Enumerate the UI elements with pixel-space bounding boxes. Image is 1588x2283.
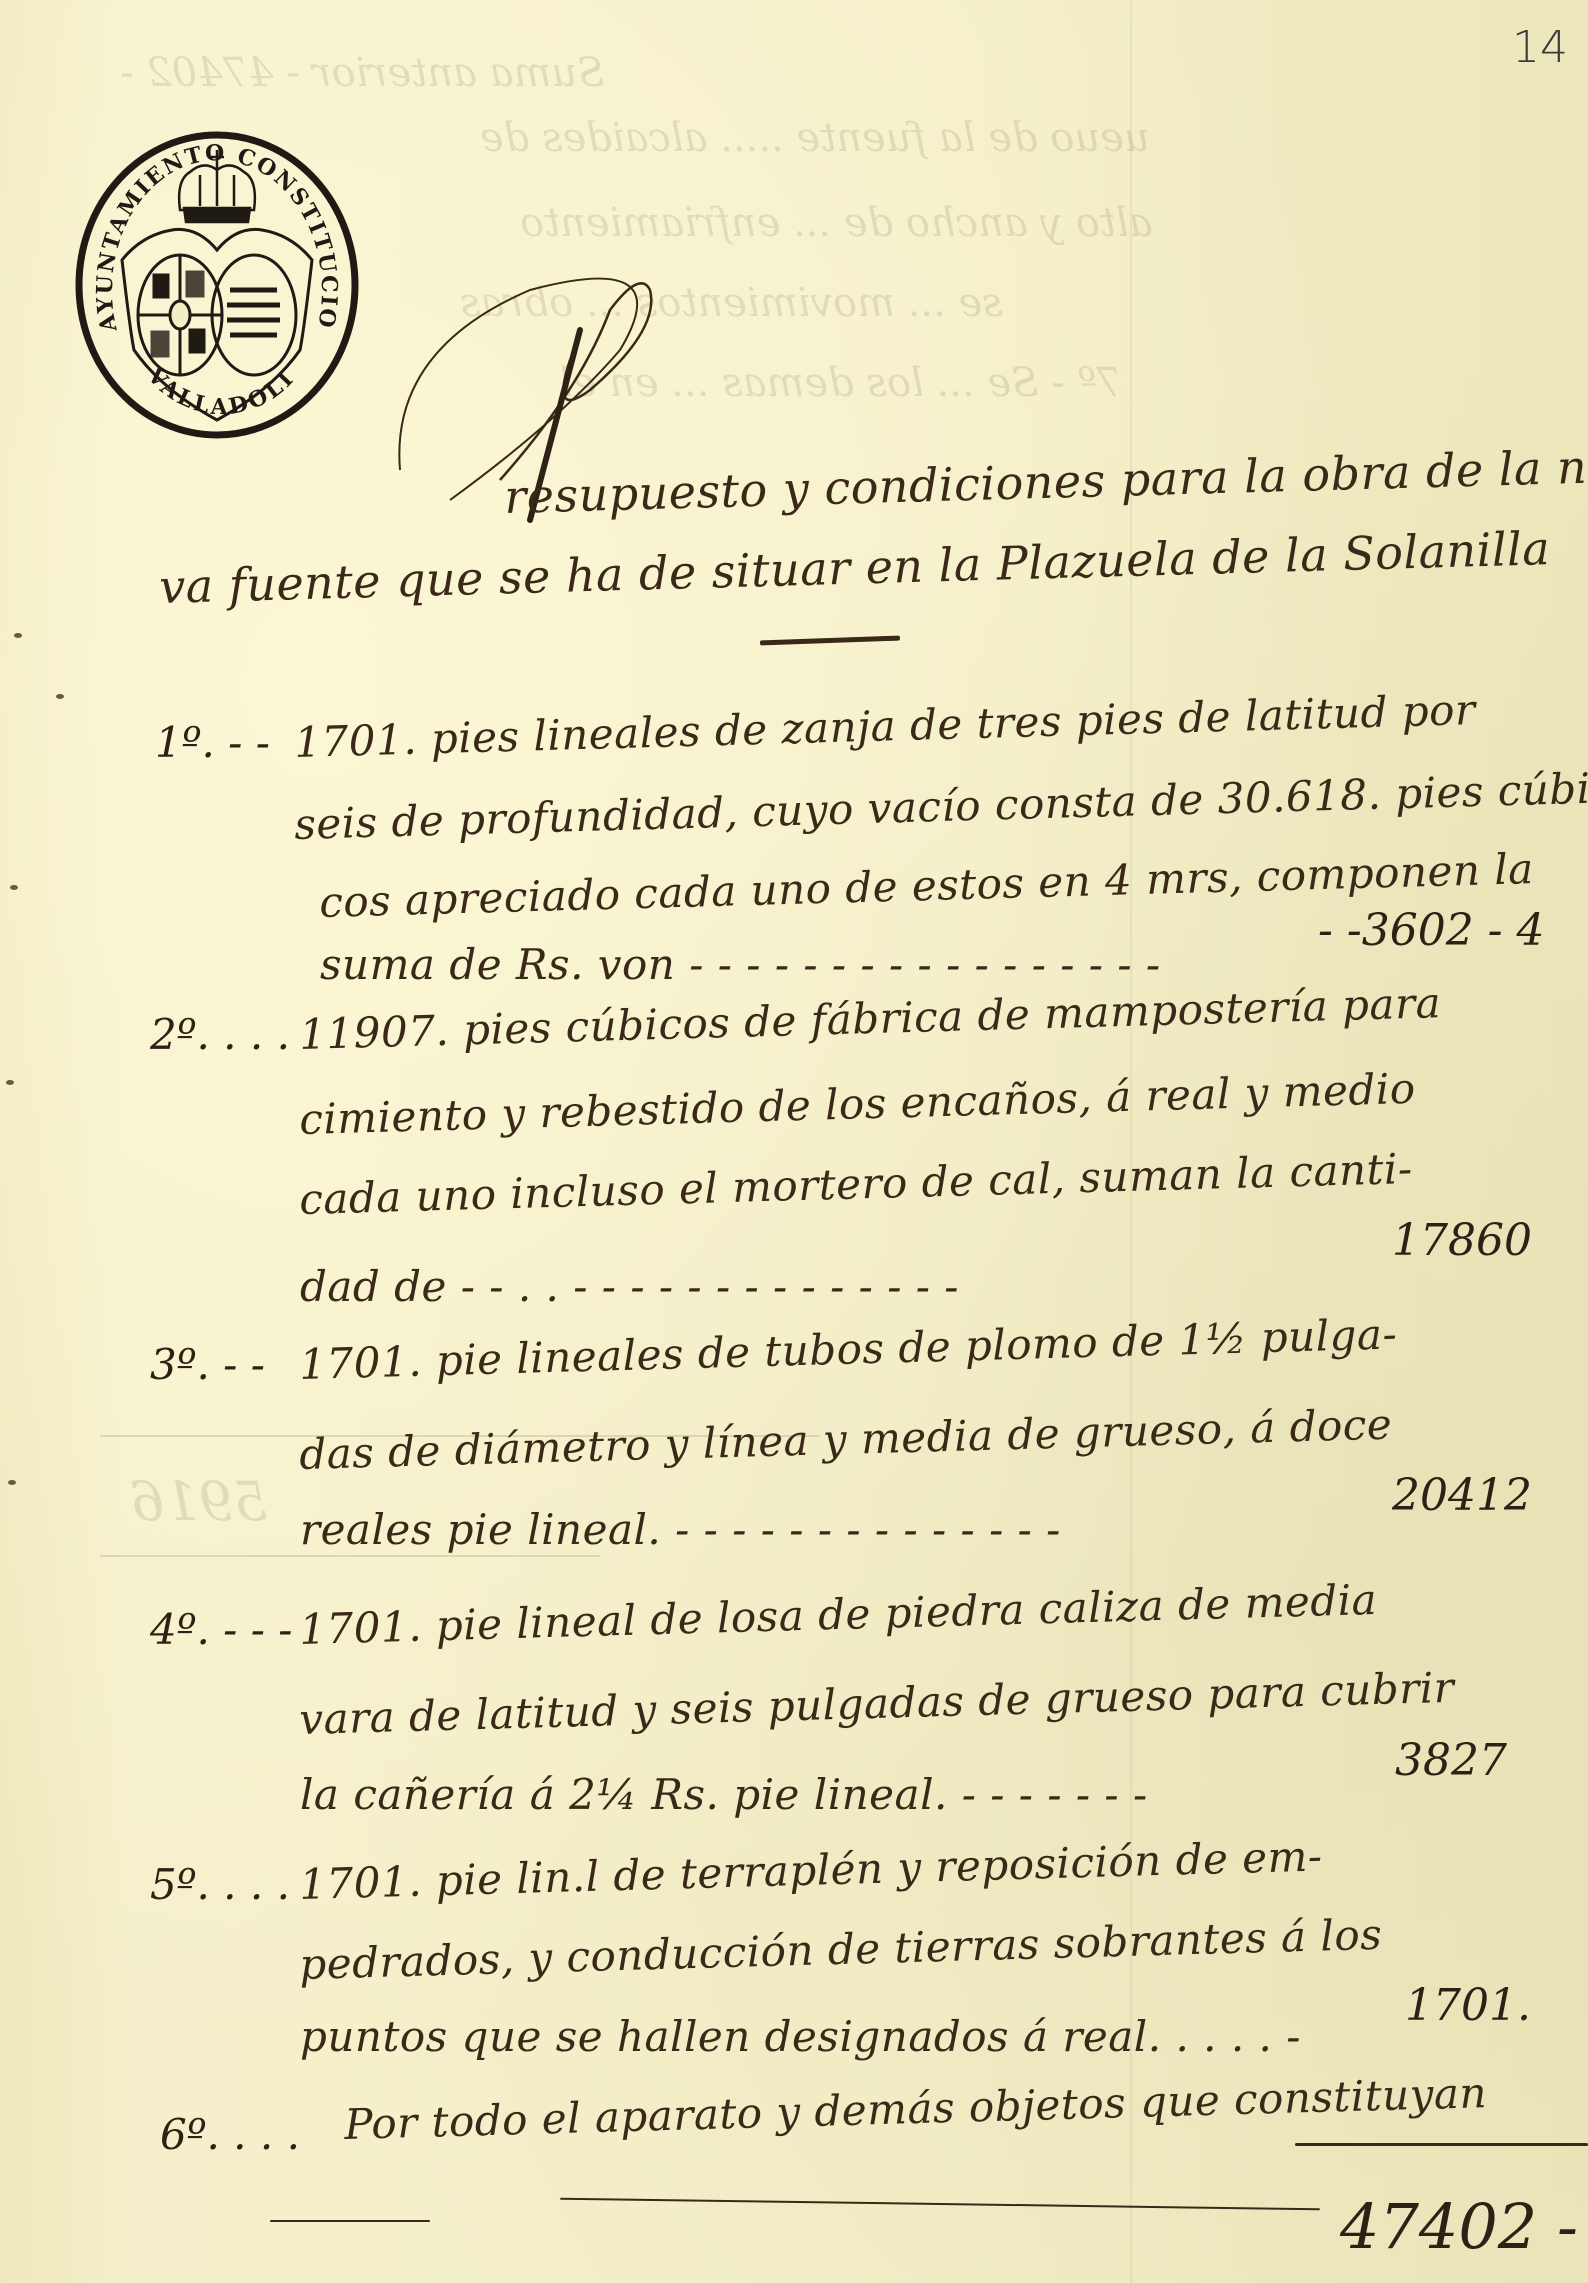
bleed-through-line: alto y ancho de ... enfriamiento: [520, 200, 1153, 246]
bleed-through-number: 5916: [130, 1470, 267, 1533]
item-2-line-4: dad de - - . . - - - - - - - - - - - - -…: [300, 1262, 959, 1311]
item-4-line-3: la cañería á 2¼ Rs. pie lineal. - - - - …: [300, 1770, 1148, 1819]
grand-total-amount: 47402 - 4: [1340, 2190, 1588, 2263]
bleed-through-text: Suma anterior - 47402 -: [120, 50, 605, 96]
item-3-number: 3º. - -: [150, 1340, 265, 1389]
item-1-number: 1º. - -: [155, 718, 270, 767]
margin-pinhole: [14, 633, 22, 638]
item-5-amount: 1701.: [1405, 1980, 1531, 2031]
sum-rule-left: [270, 2220, 430, 2222]
item-1-amount: - -3602 - 4: [1318, 905, 1545, 956]
item-2-amount: 17860: [1392, 1215, 1532, 1266]
item-2-number: 2º. . . .: [150, 1010, 290, 1059]
item-4-amount: 3827: [1395, 1735, 1507, 1786]
page-number: 14: [1512, 22, 1568, 73]
item-5-line-3: puntos que se hallen designados á real. …: [300, 2012, 1301, 2061]
item-3-amount: 20412: [1392, 1470, 1532, 1521]
bleed-through-rule: [100, 1555, 600, 1557]
sum-rule-right: [1295, 2143, 1588, 2146]
item-1-line-4: suma de Rs. von - - - - - - - - - - - - …: [320, 940, 1161, 989]
item-3-line-3: reales pie lineal. - - - - - - - - - - -…: [300, 1505, 1061, 1554]
item-5-number: 5º. . . .: [150, 1860, 290, 1909]
bleed-through-line: ueuo de la fuente ..... alcaides de: [480, 115, 1150, 161]
item-6-number: 6º. . . .: [160, 2110, 300, 2159]
margin-pinhole: [10, 885, 18, 890]
margin-pinhole: [8, 1480, 16, 1485]
valladolid-seal-stamp: AYUNTAMIENTO CONSTITUCIONAL DE VALLADOLI…: [72, 100, 362, 440]
margin-pinhole: [56, 694, 64, 699]
margin-pinhole: [6, 1080, 14, 1085]
item-4-number: 4º. - - -: [150, 1605, 292, 1654]
